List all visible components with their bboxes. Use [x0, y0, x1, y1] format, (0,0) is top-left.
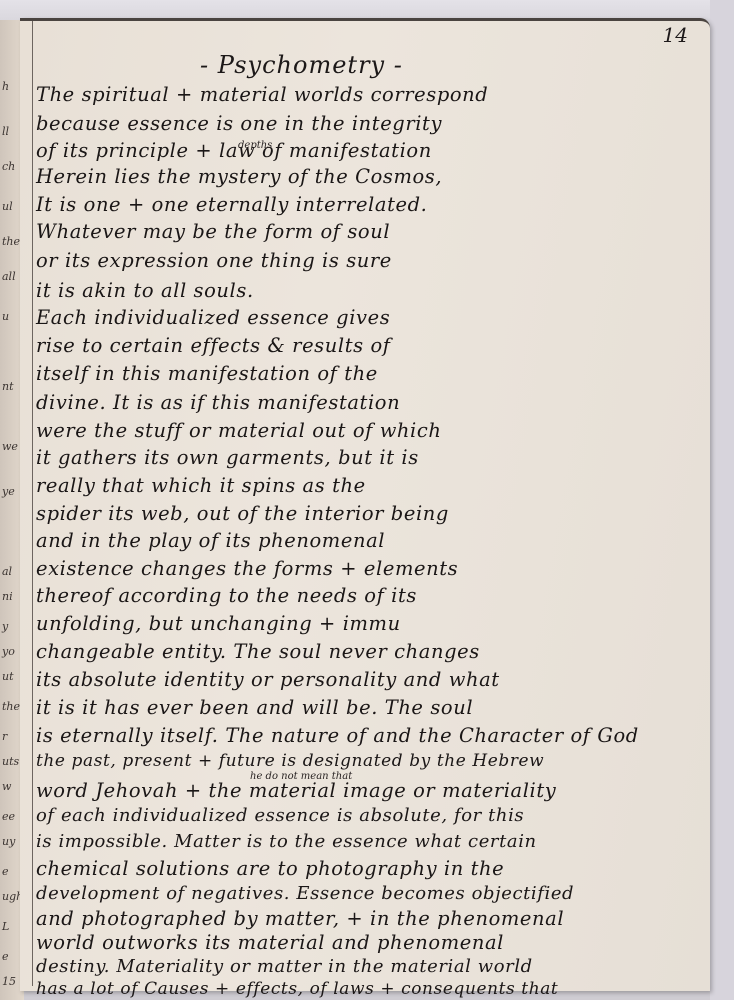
- facing-page-fragment: h: [2, 80, 9, 93]
- manuscript-page: 14 - Psychometry - The spiritual + mater…: [20, 18, 710, 991]
- facing-page-fragment: 15: [2, 975, 16, 988]
- text-line: it gathers its own garments, but it is: [36, 446, 704, 469]
- text-line: Herein lies the mystery of the Cosmos,: [36, 165, 704, 188]
- text-line: thereof according to the needs of its: [36, 584, 704, 607]
- facing-page-fragment: ll: [2, 125, 9, 138]
- facing-page-fragment: y: [2, 620, 8, 633]
- text-line: were the stuff or material out of which: [36, 419, 704, 442]
- facing-page-fragment: the: [2, 235, 20, 248]
- facing-page-fragment: w: [2, 780, 11, 793]
- text-line: it is akin to all souls.: [36, 279, 704, 302]
- facing-page-fragment: uy: [2, 835, 15, 848]
- facing-page-fragment: ni: [2, 590, 13, 603]
- text-line: it is it has ever been and will be. The …: [36, 696, 704, 719]
- text-line: Whatever may be the form of soul: [36, 220, 704, 243]
- page-number: 14: [663, 23, 688, 47]
- text-line: of each individualized essence is absolu…: [36, 805, 704, 826]
- facing-page-fragment: ul: [2, 200, 13, 213]
- facing-page-fragment: the: [2, 700, 20, 713]
- interlinear-insertion: depths: [238, 140, 272, 151]
- facing-page-fragment: L: [2, 920, 9, 933]
- text-line: It is one + one eternally interrelated.: [36, 193, 704, 216]
- facing-page-fragment: ee: [2, 810, 15, 823]
- text-line: is impossible. Matter is to the essence …: [36, 831, 704, 852]
- margin-rule: [32, 21, 33, 986]
- facing-page-fragment: e: [2, 950, 9, 963]
- text-line: has a lot of Causes + effects, of laws +…: [36, 979, 704, 999]
- text-line: of its principle + law of manifestation: [36, 139, 704, 162]
- text-line: and in the play of its phenomenal: [36, 529, 704, 552]
- facing-page-fragment: e: [2, 865, 9, 878]
- text-line: word Jehovah + the material image or mat…: [36, 779, 704, 802]
- text-line: destiny. Materiality or matter in the ma…: [36, 956, 704, 977]
- background-surface-right: [710, 0, 734, 1000]
- text-line: the past, present + future is designated…: [36, 751, 704, 771]
- facing-page-fragment: ut: [2, 670, 14, 683]
- text-line: is eternally itself. The nature of and t…: [36, 724, 704, 747]
- facing-page-fragment: ch: [2, 160, 15, 173]
- text-line: Each individualized essence gives: [36, 306, 704, 329]
- text-line: divine. It is as if this manifestation: [36, 391, 704, 414]
- text-line: unfolding, but unchanging + immu: [36, 612, 704, 635]
- facing-page-fragment: nt: [2, 380, 14, 393]
- facing-page-fragment: r: [2, 730, 7, 743]
- text-line: and photographed by matter, + in the phe…: [36, 907, 704, 930]
- text-line: its absolute identity or personality and…: [36, 668, 704, 691]
- text-line: chemical solutions are to photography in…: [36, 857, 704, 880]
- text-line: because essence is one in the integrity: [36, 112, 704, 135]
- facing-page-fragment: yo: [2, 645, 15, 658]
- text-line: changeable entity. The soul never change…: [36, 640, 704, 663]
- facing-page-fragment: u: [2, 310, 9, 323]
- text-line: world outworks its material and phenomen…: [36, 931, 704, 954]
- text-line: rise to certain effects & results of: [36, 334, 704, 357]
- page-title: - Psychometry -: [200, 51, 403, 79]
- text-line: existence changes the forms + elements: [36, 557, 704, 580]
- facing-page-fragment: we: [2, 440, 18, 453]
- text-line: itself in this manifestation of the: [36, 362, 704, 385]
- facing-page-fragment: all: [2, 270, 16, 283]
- text-line: development of negatives. Essence become…: [36, 883, 704, 904]
- text-line: or its expression one thing is sure: [36, 249, 704, 272]
- text-line: spider its web, out of the interior bein…: [36, 502, 704, 525]
- facing-page-fragment: ye: [2, 485, 15, 498]
- text-line: The spiritual + material worlds correspo…: [36, 83, 704, 106]
- text-line: really that which it spins as the: [36, 474, 704, 497]
- facing-page-fragment: uts: [2, 755, 19, 768]
- facing-page-fragment: al: [2, 565, 12, 578]
